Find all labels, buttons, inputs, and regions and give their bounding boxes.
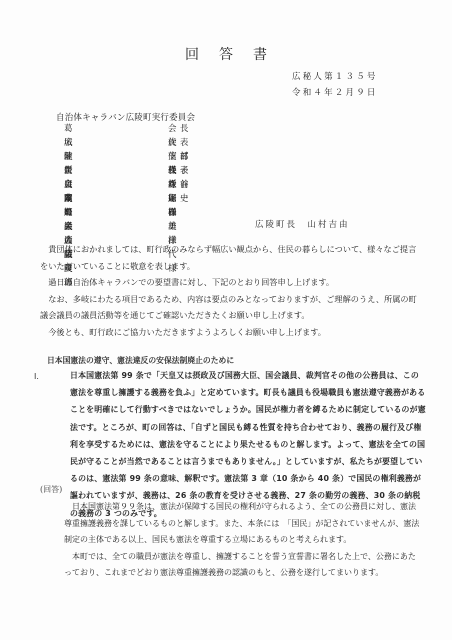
greeting-paragraph: なお、多岐にわたる項目であるため、内容は要点のみとなっておりますが、ご理解のうえ…: [40, 291, 420, 324]
sender-name: 広陵町長 山村吉由: [255, 218, 350, 230]
recipient-organization: 同: [64, 192, 73, 206]
answer-paragraph: 日本国憲法第９９条は、憲法が保障する国民の権利が守られるよう、全ての公務員に対し…: [64, 499, 422, 549]
answer-text: 日本国憲法第９９条は、憲法が保障する国民の権利が守られるよう、全ての公務員に対し…: [64, 499, 422, 582]
greeting-text: 貴団体におかれましては、町行政のみならず幅広い観点から、住民の暮らしについて、様…: [40, 241, 420, 340]
answer-label: (回答): [40, 484, 62, 495]
section-heading: 日本国憲法の遵守、憲法違反の安保法制廃止のために: [47, 355, 234, 366]
greeting-paragraph: 貴団体におかれましては、町行政のみならず幅広い観点から、住民の暮らしについて、様…: [40, 241, 420, 274]
document-date: 令和４年２月９日: [292, 86, 378, 98]
document-page: 回答書 広秘人第１３５号 令和４年２月９日 自治体キャラバン広陵町実行委員会 葛…: [0, 0, 452, 640]
demand-number: I.: [34, 372, 39, 381]
reference-number: 広秘人第１３５号: [292, 70, 378, 82]
answer-paragraph: 本町では、全ての職員が憲法を尊重し、擁護することを誓う宣誓書に署名した上で、公務…: [64, 549, 422, 582]
document-title: 回答書: [0, 44, 452, 64]
greeting-paragraph: 今後とも、町行政にご協力いただきますようよろしくお願い申し上げます。: [40, 324, 420, 341]
greeting-paragraph: 過日の自治体キャラバンでの要望書に対し、下記のとおり回答申し上げます。: [40, 274, 420, 291]
